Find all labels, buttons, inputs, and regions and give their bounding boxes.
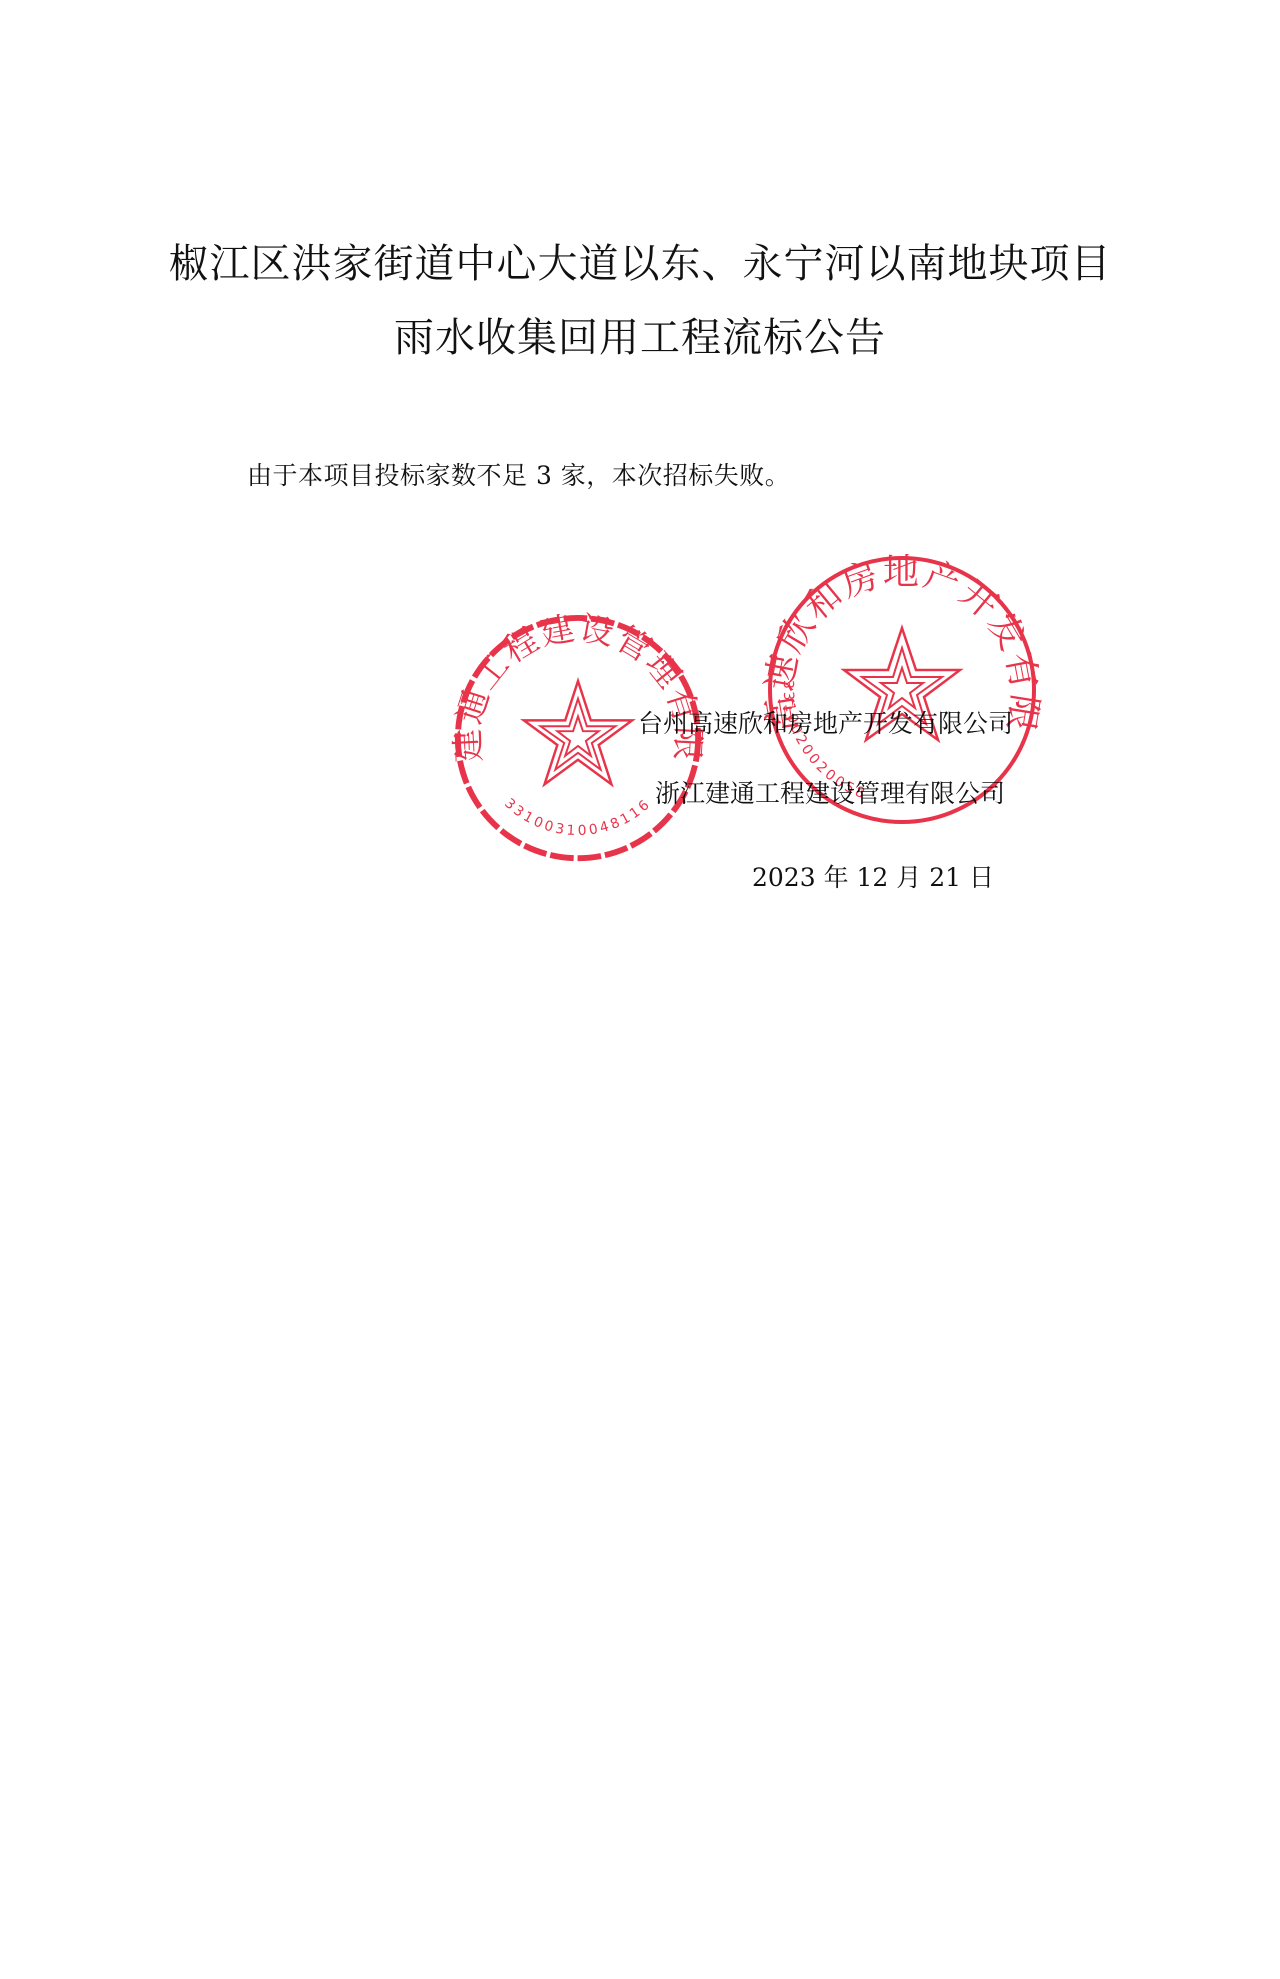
svg-text:3310020020058: 3310020020058 <box>780 680 870 803</box>
owner-seal: 台州高速欣和房地产开发有限公司 3310020020058 <box>762 550 1042 830</box>
svg-text:33100310048116: 33100310048116 <box>501 795 655 839</box>
seal-right-svg: 台州高速欣和房地产开发有限公司 3310020020058 <box>762 550 1042 830</box>
signature-date: 2023 年 12 月 21 日 <box>752 858 994 894</box>
title-line-2: 雨水收集回用工程流标公告 <box>0 306 1280 363</box>
title-line-1: 椒江区洪家街道中心大道以东、永宁河以南地块项目 <box>0 232 1280 289</box>
announcement-body: 由于本项目投标家数不足 3 家，本次招标失败。 <box>247 456 790 492</box>
seal-left-svg: 浙江建通工程建设管理有限公司 33100310048116 <box>450 610 706 876</box>
document-page: 椒江区洪家街道中心大道以东、永宁河以南地块项目 雨水收集回用工程流标公告 由于本… <box>0 0 1280 1979</box>
agency-seal: 浙江建通工程建设管理有限公司 33100310048116 <box>450 610 706 876</box>
svg-text:浙江建通工程建设管理有限公司: 浙江建通工程建设管理有限公司 <box>448 608 708 763</box>
svg-text:台州高速欣和房地产开发有限公司: 台州高速欣和房地产开发有限公司 <box>759 552 1045 735</box>
